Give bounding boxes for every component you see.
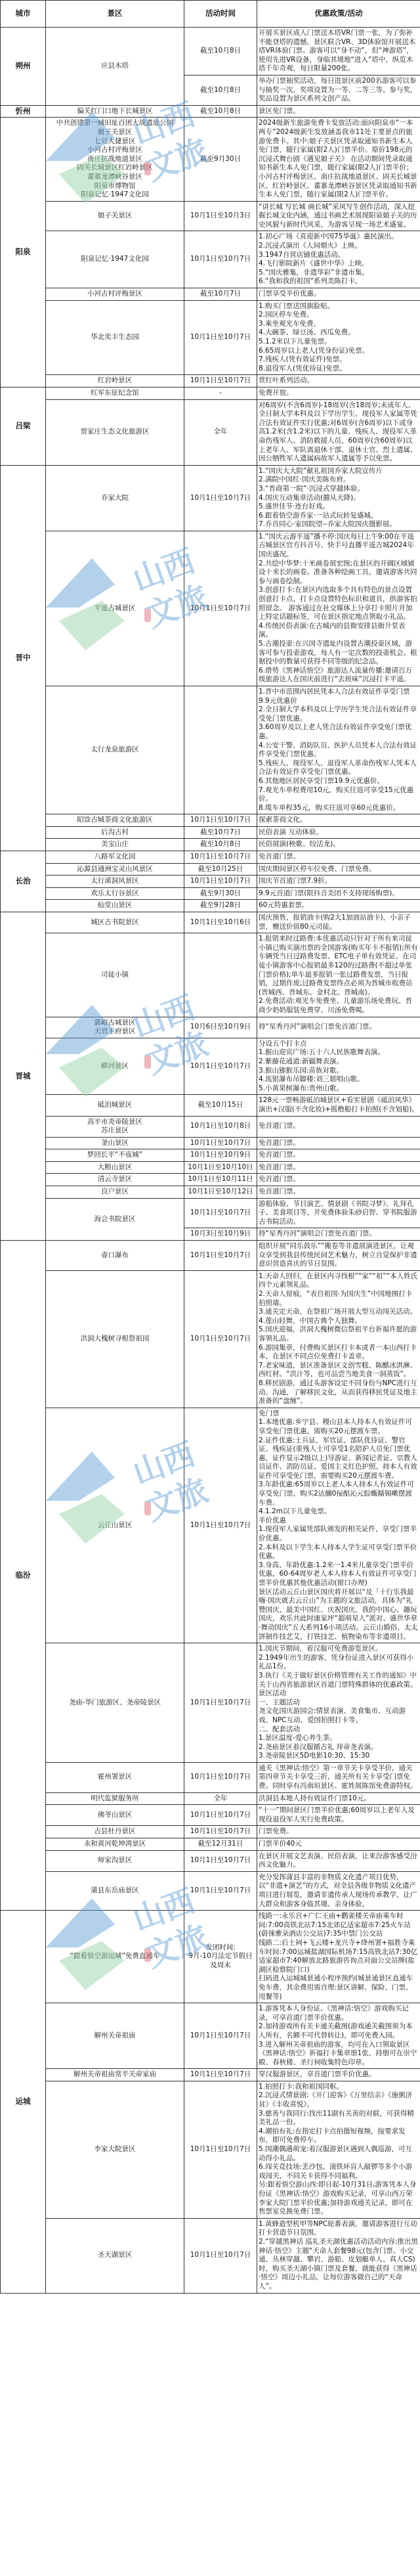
- policy-cell-line: 扫码进入运城城景通小程序预约(城景通景区直通车免车费，其余费用需自理:景区讲解、…: [259, 1974, 419, 2001]
- policy-cell-line: 通关《黑神话:悟空》第一章节关卡享受半价，通关第四章节关卡享受三折，通关所有关卡…: [259, 1764, 419, 1791]
- time-cell-line: 截至9月30日: [186, 155, 255, 164]
- time-cell: 10月1日至10月7日: [184, 1826, 257, 1838]
- policy-cell-line: 免首道门票。: [259, 1188, 419, 1197]
- table-header-row: 城市 景区 活动时间 优惠政策/活动: [1, 1, 420, 28]
- policy-cell: 免首道门票。: [257, 1186, 420, 1199]
- time-cell: 截至10月7日: [184, 826, 257, 839]
- spot-cell: 中共创建第一城旧址百团大战遗址公园娘子关景区七亘大捷景区小河古村评梅景区南庄抗战…: [46, 118, 184, 201]
- policy-cell-line: 3.乘坐观光车免费。: [259, 320, 419, 329]
- time-cell: 10月1日至10月7日: [184, 465, 257, 531]
- table-row: 美宝山庄截至10月8日民俗展演(秧歌、绞活龙)。: [1, 839, 420, 851]
- policy-cell: 持“星秀丹河”演唱会门票免首道门票。: [257, 1017, 420, 1038]
- policy-cell-line: 1.猴山迎宾广场:五十六人民族歌舞表演。: [259, 1048, 419, 1057]
- spot-cell-line: 圣天湖景区: [47, 2251, 182, 2260]
- time-cell: 10月1日至10月7日: [184, 814, 257, 827]
- spot-cell-line: 佛爷山景区: [47, 1811, 182, 1820]
- policy-cell: 1.游客凭本人身份证、《黑神话:悟空》游戏购买记录，可享首道门票半价优惠。2.加…: [257, 2003, 420, 2069]
- time-cell: 10月3日至10月9日: [184, 1228, 257, 1241]
- policy-cell-line: 2.沉浸式情景剧:《开门迎客》《万里结亲》《施粥济贫》《丰收喜悦》。: [259, 2091, 419, 2109]
- spot-cell-line: 蟒河景区: [47, 1062, 182, 1071]
- policy-cell-line: 国庆节首道门票7.9折。: [259, 877, 419, 886]
- policy-cell-line: 6.其他地区居民享受门票19.9元优惠价。: [259, 777, 419, 786]
- time-cell: 10月1日至10月7日: [184, 2069, 257, 2081]
- policy-cell-line: 4.潮拍有礼:在指定打卡点拍摄短视频，按要求发布，即可免费停车。: [259, 2127, 419, 2145]
- time-cell-line: 10月1日至10月7日: [186, 1856, 255, 1865]
- header-city: 城市: [1, 1, 46, 28]
- spot-cell-line: 城区古书院景区: [47, 918, 182, 927]
- spot-cell-line: 美宝山庄: [47, 840, 182, 849]
- time-cell-line: 10月1日至10月9日: [186, 1151, 255, 1160]
- policy-cell-line: 探索茶商文化。: [259, 816, 419, 825]
- spot-cell-line: 明代监狱服务所: [47, 1794, 182, 1804]
- spot-cell-line: 红岩岭景区: [47, 376, 182, 386]
- spot-cell-line: 红军东征纪念馆: [47, 389, 182, 398]
- spot-cell: 司徒小镇: [46, 933, 184, 1017]
- spot-cell-line: 海会书院景区: [47, 1215, 182, 1224]
- time-cell-line: 截至10月15日: [186, 1101, 255, 1110]
- policy-cell: 国庆预售，报销油卡(购2大1加油站油卡)，小亲子票，赠送价值80元司徒。: [257, 912, 420, 933]
- time-cell-line: -: [186, 389, 255, 398]
- policy-cell: 洪洞县本地人持有效证件门票10元。: [257, 1792, 420, 1805]
- time-cell: 10月1日至10月7日: [184, 851, 257, 864]
- policy-cell-line: 1.初心广场《喜迎新中国75华诞》惠民演出。: [259, 233, 419, 242]
- time-cell: 截至9月28日: [184, 900, 257, 912]
- policy-cell-line: 3.年龄优惠:65周岁以上老人本人持本人有效证件可享受免门票，购买2达儞0佞酤沁…: [259, 1480, 419, 1507]
- spot-cell: 霍州署景区: [46, 1762, 184, 1792]
- policy-cell-line: 线路一:永乐宫+广仁王庙+鹳雀楼关帝庙乘车时间:7:00高铁北站7:15北郊亿适…: [259, 1912, 419, 1939]
- policy-cell-line: 免首道门票。: [259, 1163, 419, 1172]
- policy-cell: 持“星秀丹河”演唱会门票免首道门票。: [257, 1228, 420, 1241]
- city-cell: 长治: [1, 851, 46, 912]
- spot-cell-line: 天官王府景区: [47, 1027, 182, 1036]
- time-cell: [184, 686, 257, 814]
- time-cell-line: 10月1日至10月7日: [186, 1699, 255, 1708]
- time-cell-line: 截至10月8日: [186, 107, 255, 116]
- spot-cell: 壶口瀑布: [46, 1241, 184, 1271]
- policy-cell-line: 免首道门票。: [259, 1175, 419, 1184]
- spot-cell: 师家沟景区: [46, 1850, 184, 1871]
- policy-cell-line: 1.游客凭本人身份证、《黑神话:悟空》游戏购买记录，可享首道门票半价优惠。: [259, 2005, 419, 2022]
- policy-cell-line: 国庆期间景区停车位免费、门票免费。: [259, 865, 419, 874]
- spot-cell-line: 仙堂山景区: [47, 901, 182, 910]
- policy-cell-line: 尧文化国庆游园会:情景表演、美食集市、互动游戏、NPC互动、爱国拍照打卡等。: [259, 1707, 419, 1725]
- spot-cell: 佛爷山景区: [46, 1805, 184, 1826]
- policy-cell-line: 6.65周岁以上老人(凭身份证)免票。: [259, 347, 419, 356]
- spot-cell: 乔家大院: [46, 465, 184, 531]
- spot-cell: 解州关帝祖庙: [46, 2003, 184, 2069]
- table-row: 高平市炎帝陵景区苏庄景区10月1日至10月8日免首道门票。: [1, 1116, 420, 1137]
- spot-cell-line: 娘子关景区: [47, 211, 182, 221]
- time-cell-line: 10月1日至10月7日: [186, 1811, 255, 1820]
- time-cell: 10月1日至10月12日: [184, 1186, 257, 1199]
- table-row: 古县牡丹景区10月1日至10月7日门票免费。: [1, 1826, 420, 1838]
- policy-cell-line: 1.购买门票送国旗脸贴。: [259, 302, 419, 311]
- policy-cell-line: 4.飞行影院新片《盛世中华》上映。: [259, 259, 419, 269]
- policy-cell-line: 3.慈善与我同行:找出11副有关善的对联，可获得精美礼品一份。: [259, 2110, 419, 2127]
- spot-cell: 蟒河景区: [46, 1038, 184, 1095]
- city-cell: 运城: [1, 1911, 46, 2293]
- time-cell: 截至12月31日: [184, 1838, 257, 1851]
- spot-cell: 应县木塔: [46, 28, 184, 106]
- spot-cell-line: “跟着悟空游运城”免费直通车: [47, 1952, 182, 1961]
- table-row: 仙堂山景区截至9月28日60元特惠套票。: [1, 900, 420, 912]
- spot-cell-line: 小河古村评梅景区: [47, 146, 182, 155]
- policy-cell-line: 3.通关定天命，在祭祖广场开展大型互动闯关活动。: [259, 1308, 419, 1317]
- table-row: 圣天湖景区10月1日至10月7日1.黄蜂造型机甲等NPC轮番表演，邀请游客进行互…: [1, 2218, 420, 2293]
- time-cell-line: 10月1日至10月7日: [186, 1521, 255, 1530]
- time-cell: 10月1日至10月7日: [184, 1762, 257, 1792]
- policy-cell-line: 免首道门票。: [259, 1122, 419, 1131]
- spot-cell: 砥洎城景区: [46, 1095, 184, 1116]
- time-cell: 截至10月8日: [184, 105, 257, 118]
- time-cell: 10月1日至10月7日: [184, 876, 257, 888]
- time-cell: 10月1日至10月9日: [184, 1149, 257, 1162]
- policy-cell: “讲长城 写长城 画长城”采风写生创作活动，深入挖掘长城文化内涵，通过书画艺术展…: [257, 201, 420, 231]
- spot-cell: 后沟古村: [46, 826, 184, 839]
- table-row: 临汾壶口瀑布10月1日至10月7日组织开展“同乐鼓乐”“搬卷等非遗展演进景区，让…: [1, 1241, 420, 1271]
- table-row: 太行龙泉旅游区1.晋中市范围内居民凭本人合法有效证件享受门票9.9元优惠价2.全…: [1, 686, 420, 814]
- table-row: 师家沟景区10月1日至10月7日在景区开展文艺表演、民俗表演，让来汾游客感受汾西…: [1, 1850, 420, 1871]
- table-row: 运城“跟着悟空游运城”免费直通车发团时间:9月-10月法定节假日及周末线路一:永…: [1, 1911, 420, 2003]
- spot-cell-line: 偏关红门口地下长城景区: [47, 107, 182, 116]
- spot-cell-line: 霍州署景区: [47, 1773, 182, 1782]
- time-cell: 截至10月8日: [184, 75, 257, 105]
- policy-cell-line: 5.国庆迎福，洪洞大槐树微信祭祖平台祈福许愿的游客领礼品。: [259, 1325, 419, 1343]
- spot-cell: 小河古村评梅景区: [46, 288, 184, 301]
- policy-cell-line: 对6周岁(不含6周岁)-18周岁(含18周岁;未成年人、全日制大学本科及以下学历…: [259, 401, 419, 464]
- spot-cell-line: 娘子关景区: [47, 128, 182, 137]
- policy-cell-line: 7.老家味道，景区准备景区文创雪糕、陈醋冰淇淋、西红材。“洪汁等，也可品尝当地美…: [259, 1362, 419, 1379]
- time-cell: 10月1日至10月7日: [184, 1408, 257, 1643]
- policy-cell-line: 2.沉浸式演出《人间烟火》上映。: [259, 242, 419, 251]
- time-cell-line: 10月1日至10月7日: [186, 255, 255, 264]
- time-cell-line: 截至10月8日: [186, 47, 255, 56]
- policy-cell-line: 穿汉服游景区，享首道门票半价优惠。: [259, 2070, 419, 2079]
- table-row: 霍州署景区10月1日至10月7日通关《黑神话:悟空》第一章节关卡享受半价，通关第…: [1, 1762, 420, 1792]
- spot-cell: 高平市炎帝陵景区苏庄景区: [46, 1116, 184, 1137]
- policy-cell: 1.晋中市范围内居民凭本人合法有效证件享受门票9.9元优惠价2.全日制大学本科及…: [257, 686, 420, 814]
- spot-cell-line: 解州关帝祖庙: [47, 2032, 182, 2041]
- time-cell: 10月1日至10月7日: [184, 1871, 257, 1910]
- spot-cell: 偏关红门口地下长城景区: [46, 105, 184, 118]
- time-cell: 10月1日至10月10日: [184, 1161, 257, 1174]
- spot-cell-line: 师家沟景区: [47, 1856, 182, 1865]
- spot-cell-line: 八路军文化园: [47, 853, 182, 862]
- time-cell-line: 10月1日至10月7日: [186, 1827, 255, 1836]
- policy-cell: 对6周岁(不含6周岁)-18周岁(含18周岁;未成年人、全日制大学本科及以下学历…: [257, 399, 420, 465]
- time-cell-line: 截至10月25日: [186, 865, 255, 874]
- time-cell: 10月1日至10月6日: [184, 912, 257, 933]
- policy-cell-line: 6.游园集章，付费购买景区打卡本或者一本山西打卡本，在景区不同点位免费打卡盖章。: [259, 1344, 419, 1362]
- table-row: 郭峪古城景区天官王府景区10月6日至10月9日持“星秀丹河”演唱会门票免首道门票…: [1, 1017, 420, 1038]
- policy-cell-line: 8.缆车单程35元，购买往返可享60元优惠价。: [259, 804, 419, 813]
- city-cell: 晋城: [1, 912, 46, 1241]
- time-cell-line: 10月1日至10月7日: [186, 1209, 255, 1218]
- spot-cell-line: 沁源县通洲宝灵山风景区: [47, 865, 182, 874]
- policy-cell-line: 2.免费活动:观光车免费坐、儿童游乐场免费玩、晋商少奶奶服装免费穿、川汤免费喝。: [259, 997, 419, 1015]
- spot-cell: 郭峪古城景区天官王府景区: [46, 1017, 184, 1038]
- spot-cell-line: 中共创建第一城旧址百团大战遗址公园: [47, 119, 182, 128]
- time-cell: 10月1日至10月7日: [184, 1805, 257, 1826]
- time-cell-line: 10月6日至10月9日: [186, 1023, 255, 1032]
- time-cell: 截至10月7日: [184, 288, 257, 301]
- policy-cell-line: 1.晋中市范围内居民凭本人合法有效证件享受门票9.9元优惠价: [259, 688, 419, 705]
- policy-cell-line: 3.“晋商第一院”·沉浸式穿越体验。: [259, 485, 419, 494]
- policy-cell-line: 3.执行《关于做好景区价格管理有关工作的通知》中关于山西省旅游景区首道门票特殊群…: [259, 1672, 419, 1689]
- time-cell-line: 10月1日至10月7日: [186, 1773, 255, 1782]
- table-row: 阳泉记忆·1947文化园10月1日至10月7日1.初心广场《喜迎新中国75华诞》…: [1, 231, 420, 288]
- time-cell: 10月1日至10月11日: [184, 1174, 257, 1186]
- time-cell: 10月1日至10月7日: [184, 1038, 257, 1095]
- spot-cell-line: 阳泉记忆·1947文化园: [47, 255, 182, 264]
- policy-cell: 免首道门票。: [257, 1174, 420, 1186]
- policy-cell-line: 1.国庆节期间，着汉服可免费游览景区。: [259, 1645, 419, 1654]
- table-row: 砥洎城景区截至10月15日128元一票畅游砥洎城景区+看实景剧《砥洎风华》演出+…: [1, 1095, 420, 1116]
- spot-cell-line: 董寨龙潭峡谷景区: [47, 173, 182, 182]
- policy-cell-line: 4.大碗茶、绿豆汤、西瓜免费。: [259, 328, 419, 338]
- policy-cell: 1.购买门票送国旗脸贴。2.园区停车免费。3.乘坐观光车免费。4.大碗茶、绿豆汤…: [257, 300, 420, 375]
- time-cell-line: 10月1日至10月7日: [186, 1062, 255, 1071]
- table-row: 李家大院景区10月1日至10月7日1.拍照打卡:我和祖国同框。2.沉浸式情景剧:…: [1, 2081, 420, 2218]
- policy-cell-line: 3.60周岁及以上老人凭合法有效证件享受免门票优惠。: [259, 723, 419, 741]
- spot-cell: 海会书院景区: [46, 1198, 184, 1240]
- spot-cell-line: 大粮山景区: [47, 1163, 182, 1172]
- policy-cell: 免费开放。: [257, 387, 420, 399]
- policy-cell: 免首道门票。: [257, 1149, 420, 1162]
- city-cell: 阳泉: [1, 118, 46, 388]
- table-row: 尧庙-华门旅游区、尧帝陵景区10月1日至10月7日1.国庆节期间，着汉服可免费游…: [1, 1643, 420, 1763]
- policy-cell: 1.国庆节期间，着汉服可免费游览景区。2.1949年出生的游客，凭身份证进入景区…: [257, 1643, 420, 1763]
- time-cell: 10月1日至10月7日: [184, 1643, 257, 1763]
- policy-cell-line: 洪洞县本地人持有效证件门票10元。: [259, 1794, 419, 1804]
- policy-cell-line: 6.借势《黑神话悟空》旅游达人流量传播:邀请百万级旅游达人在国庆前进行“去班味”…: [259, 667, 419, 684]
- policy-cell-line: 景区活动: [259, 1689, 419, 1699]
- time-cell-line: 9月-10月法定节假日: [186, 1952, 255, 1961]
- policy-cell-line: 4.流银瀑布吊脚楼:刘三姐唱山歌。: [259, 1075, 419, 1084]
- time-cell: 10月1日至10月7日: [184, 2218, 257, 2293]
- policy-cell-line: 3.创意打卡:在景区内选取多个具有特色的景点设置创意打卡点，打卡点设置特色标识和…: [259, 586, 419, 621]
- policy-cell-line: 5.1.2米以下儿童免票。: [259, 338, 419, 347]
- policy-cell-line: 4.国庆互动集章活动(囍从天降)。: [259, 494, 419, 503]
- time-cell-line: 10月1日至10月7日: [186, 1251, 255, 1260]
- policy-cell: 免门票1.本地优惠:乡宁县、稷山县本人持本人有效证件可享受免门票优惠，需购买20…: [257, 1408, 420, 1643]
- policy-cell: 2024级新生旅游免费卡发放活动:面向阳泉市“一本两专”2024级新生发放涵盖我…: [257, 118, 420, 201]
- time-cell-line: 及周末: [186, 1961, 255, 1970]
- table-row: 吕梁红军东征纪念馆-免费开放。: [1, 387, 420, 399]
- spot-cell-line: 尧庙-华门旅游区、尧帝陵景区: [47, 1699, 182, 1708]
- table-row: 朔州应县木塔截至10月8日开展买景区成人门票送木塔VR门票一张，为了弥补不能登塔…: [1, 28, 420, 76]
- spot-cell-line: 永和黄河乾坤湾景区: [47, 1840, 182, 1849]
- table-row: 司徒小镇1.报销来时过路费:本优惠活动只针对于所有来司徒小镇已购买演出票的全国游…: [1, 933, 420, 1017]
- spot-cell: “跟着悟空游运城”免费直通车: [46, 1911, 184, 2003]
- time-cell-line: 10月1日至10月7日: [186, 333, 255, 342]
- spot-cell-line: 苏庄景区: [47, 1126, 182, 1136]
- spot-cell: 昭馀古城茶商文化旅游区: [46, 814, 184, 827]
- policy-cell: 1.天命人回归，在景区内寻找根”“家”“祖”“本人姓氏四个元素领礼品。2.天命人…: [257, 1270, 420, 1408]
- spot-cell: 红军东征纪念馆: [46, 387, 184, 399]
- table-row: 清云寺景区10月1日至10月11日免首道门票。: [1, 1174, 420, 1186]
- policy-cell-line: 3.尧帝陵景区5D电影10:30、15:30: [259, 1752, 419, 1761]
- table-row: 娘子关景区10月1日至10月3日“讲长城 写长城 画长城”采风写生创作活动，深入…: [1, 201, 420, 231]
- policy-cell-line: 1.“国庆云游平遥”播不停:国庆每日上午9:00在平遥古城景区官方抖音号、快手号…: [259, 533, 419, 560]
- policy-cell-line: 3.1947自营店铺优惠活动。: [259, 251, 419, 260]
- policy-cell: 免首道门票。: [257, 1161, 420, 1174]
- spot-cell: 清云寺景区: [46, 1174, 184, 1186]
- spot-cell: 良户景区: [46, 1186, 184, 1199]
- spot-cell-line: 郭峪古城景区: [47, 1019, 182, 1028]
- time-cell-line: 10月1日至10月6日: [186, 918, 255, 927]
- table-body: 朔州应县木塔截至10月8日开展买景区成人门票送木塔VR门票一张，为了弥补不能登塔…: [1, 28, 420, 2294]
- spot-cell-line: 固关长城景区红岩岭景区: [47, 164, 182, 173]
- policy-cell: 门票半价40元: [257, 1838, 420, 1851]
- policy-cell-line: 6.“我和我的祖国”系列美陈打卡。: [259, 277, 419, 286]
- policy-cell-line: 1.报销来时过路费:本优惠活动只针对于所有来司徒小镇已购买演出票的全国游客(购买…: [259, 935, 419, 997]
- time-cell-line: 发团时间:: [186, 1943, 255, 1953]
- spot-cell: 圣天湖景区: [46, 2218, 184, 2293]
- spot-cell: 娘子关景区: [46, 201, 184, 231]
- time-cell-line: 截至12月31日: [186, 1840, 255, 1849]
- table-row: 华北奕丰生态园10月1日至10月7日1.购买门票送国旗脸贴。2.园区停车免费。3…: [1, 300, 420, 375]
- spot-cell: 太行浠洞风景区: [46, 876, 184, 888]
- policy-cell-line: 1.景区温度-爱心养生茶。: [259, 1734, 419, 1743]
- time-cell: 截至10月8日: [184, 28, 257, 76]
- policy-cell-line: 1.本地优惠:乡宁县、稷山县本人持本人有效证件可享受免门票优惠，需购买20元摆渡…: [259, 1418, 419, 1436]
- policy-cell-line: 民俗展演(秧歌、绞活龙)。: [259, 840, 419, 849]
- time-cell-line: 10月1日至10月7日: [186, 494, 255, 503]
- spot-cell: 欢乐太行谷景区: [46, 887, 184, 900]
- spot-cell: 平遥古城景区: [46, 531, 184, 686]
- time-cell: 截至9月30日: [184, 118, 257, 201]
- policy-cell: 穿汉服游景区，享首道门票半价优惠。: [257, 2069, 420, 2081]
- spot-cell-line: 后沟古村: [47, 828, 182, 837]
- policy-cell: 1.拍照打卡:我和祖国同框。2.沉浸式情景剧:《开门迎客》《万里结亲》《施粥济贫…: [257, 2081, 420, 2218]
- table-row: 欢乐太行谷景区截至9月30日9.9元首道门票(限抖音美团不支持现场购票)。: [1, 887, 420, 900]
- time-cell-line: 10月1日至10月11日: [186, 1175, 255, 1184]
- spot-cell-line: 蒲县东岳庙景区: [47, 1886, 182, 1896]
- policy-cell-line: 充分发挥蒲县丰富的非物质文化遗产项目优势，以“非遗+演艺”的方式，对全县各级非物…: [259, 1873, 419, 1909]
- policy-cell: 民俗展演(秧歌、绞活龙)。: [257, 839, 420, 851]
- spot-cell: 美宝山庄: [46, 839, 184, 851]
- table-row: 云丘山景区10月1日至10月7日免门票1.本地优惠:乡宁县、稷山县本人持本人有效…: [1, 1408, 420, 1643]
- spot-cell: 尧庙-华门旅游区、尧帝陵景区: [46, 1643, 184, 1763]
- spot-cell-line: 砥洎城景区: [47, 1101, 182, 1110]
- table-row: 蒲县东岳庙景区10月1日至10月7日充分发挥蒲县丰富的非物质文化遗产项目优势，以…: [1, 1871, 420, 1910]
- time-cell: 10月1日至10月7日: [184, 531, 257, 686]
- table-row: 蟒河景区10月1日至10月7日分设五个打卡点1.猴山迎宾广场:五十六人民族歌舞表…: [1, 1038, 420, 1095]
- policy-cell-line: 1.拍照打卡:我和祖国同框。: [259, 2083, 419, 2092]
- spot-cell: 仙堂山景区: [46, 900, 184, 912]
- policy-cell-line: 6.闯关竞技场:丢沙包、滚铁环盲人敲锣等多个小游戏闯关，不同关卡获得不同福利。: [259, 2163, 419, 2181]
- spot-cell-line: 清云寺景区: [47, 1175, 182, 1184]
- spot-cell-line: 阳泉市博物馆: [47, 182, 182, 191]
- policy-cell: 民俗表演 互动体验。: [257, 826, 420, 839]
- policy-cell: 1.“国庆大大院”献礼祖国乔家大院宣传片2.满院中国红·国庆美陈布府。3.“晋商…: [257, 465, 420, 531]
- policy-cell-line: 5.小黄果树瀑布:贵州山歌。: [259, 1084, 419, 1094]
- time-cell: 10月1日至10月7日: [184, 2081, 257, 2218]
- policy-cell: 赏红叶系列活动。: [257, 375, 420, 388]
- policy-cell: 举办门票抽奖活动，每日进景区前200名游客可以参与抽奖一次，奖项设置为一等、二等…: [257, 75, 420, 105]
- time-cell: 10月1日至10月7日: [184, 1270, 257, 1408]
- time-cell: 10月1日至10月7日: [184, 375, 257, 388]
- table-row: 小河古村评梅景区截至10月7日门票享受半价优惠。: [1, 288, 420, 301]
- time-cell: 10月1日至10月8日: [184, 1116, 257, 1137]
- spot-cell: 蒲县东岳庙景区: [46, 1871, 184, 1910]
- policy-cell: 开展买景区成人门票送木塔VR门票一张，为了弥补不能登塔的遗憾，景区联合VR、3D…: [257, 28, 420, 76]
- policy-cell-line: 分设五个打卡点: [259, 1040, 419, 1049]
- policy-cell: 免首道门票。: [257, 851, 420, 864]
- table-row: 解州关帝祖庙10月1日至10月7日1.游客凭本人身份证、《黑神话:悟空》游戏购买…: [1, 2003, 420, 2069]
- table-row: 晋中乔家大院10月1日至10月7日1.“国庆大大院”献礼祖国乔家大院宣传片2.满…: [1, 465, 420, 531]
- table-row: 阳泉中共创建第一城旧址百团大战遗址公园娘子关景区七亘大捷景区小河古村评梅景区南庄…: [1, 118, 420, 201]
- spot-cell-line: 小河古村评梅景区: [47, 290, 182, 299]
- time-cell: 10月1日至10月7日: [184, 231, 257, 288]
- policy-cell-line: 赏红叶系列活动。: [259, 376, 419, 386]
- policy-cell-line: 8.移民剧游，通过头游客设定不同身份与NPC进行互动、沟通，了解移民文化，从而获…: [259, 1379, 419, 1406]
- spot-cell: 李家大院景区: [46, 2081, 184, 2218]
- policy-cell-line: 2.证件优惠:士兵证、军官证、部队优待证、警官证、残疾证(重残人士可享受1名陪护…: [259, 1436, 419, 1481]
- table-row: 晋城城区古书院景区10月1日至10月6日国庆预售，报销油卡(购2大1加油站油卡)…: [1, 912, 420, 933]
- time-cell-line: 10月1日至10月7日: [186, 816, 255, 825]
- policy-cell-line: 5.盛世佳节·连台好戏。: [259, 502, 419, 512]
- policy-cell-line: 4.莲山轻舞，中国古典个人独舞。: [259, 1317, 419, 1326]
- header-policy: 优惠政策/活动: [257, 1, 420, 28]
- table-row: 后沟古村截至10月7日民俗表演 互动体验。: [1, 826, 420, 839]
- time-cell: 全年: [184, 1792, 257, 1805]
- policy-cell: 1.报销来时过路费:本优惠活动只针对于所有来司徒小镇已购买演出票的全国游客(购买…: [257, 933, 420, 1017]
- policy-cell-line: “十一”期间景区门票半价优惠;60周岁以上老年人及现役退役军人实行免费政策。: [259, 1806, 419, 1824]
- spot-cell-line: 欢乐太行谷景区: [47, 889, 182, 899]
- table-row: 大粮山景区10月1日至10月10日免首道门票。: [1, 1161, 420, 1174]
- time-cell: 截至10月8日: [184, 839, 257, 851]
- policy-cell-line: 组织开展“同乐鼓乐”“搬卷等非遗展演进景区，让观众享受到我县传统民间艺术魅力，树…: [259, 1242, 419, 1269]
- table-row: 忻州偏关红门口地下长城景区截至10月8日景区免门票。: [1, 105, 420, 118]
- tourism-policy-table: 城市 景区 活动时间 优惠政策/活动 朔州应县木塔截至10月8日开展买景区成人门…: [0, 0, 420, 2294]
- spot-cell-line: 阳泉记忆·1947文化园: [47, 190, 182, 200]
- spot-cell-line: 云丘山景区: [47, 1521, 182, 1530]
- table-row: 明代监狱服务所全年洪洞县本地人持有效证件门票10元。: [1, 1792, 420, 1805]
- table-row: 解州关帝祖庙常平关帝家庙10月1日至10月7日穿汉服游景区，享首道门票半价优惠。: [1, 2069, 420, 2081]
- time-cell-line: 全年: [186, 428, 255, 437]
- time-cell: 截至10月25日: [184, 863, 257, 876]
- table-row: 长治八路军文化园10月1日至10月7日免首道门票。: [1, 851, 420, 864]
- policy-cell-line: 3.猴山猕猴乐园:苗族对歌。: [259, 1067, 419, 1076]
- spot-cell: 永和黄河乾坤湾景区: [46, 1838, 184, 1851]
- policy-cell-line: 一、主题活动: [259, 1699, 419, 1708]
- policy-cell: 免首道门票。: [257, 1116, 420, 1137]
- policy-cell-line: 4.公安干警、消防队员、医护人员凭本人合法有效证件享受免门票优惠。: [259, 742, 419, 759]
- policy-cell-line: 国庆预售，报销油卡(购2大1加油站油卡)，小亲子票，赠送价值80元司徒。: [259, 914, 419, 931]
- policy-cell-line: 门票享受半价优惠。: [259, 290, 419, 299]
- spot-cell-line: 平遥古城景区: [47, 604, 182, 613]
- spot-cell-line: 司徒小镇: [47, 971, 182, 980]
- table-row: 红岩岭景区10月1日至10月7日赏红叶系列活动。: [1, 375, 420, 388]
- spot-cell: 阳泉记忆·1947文化园: [46, 231, 184, 288]
- policy-cell: 免首道门票。: [257, 1137, 420, 1149]
- policy-cell-line: 2.加持游戏所有关卡通关截图(游戏通关截图须为本人所有，名额不可代替转让)，即可…: [259, 2022, 419, 2040]
- time-cell-line: 10月1日至10月12日: [186, 1188, 255, 1197]
- policy-cell: 1.“国庆云游平遥”播不停:国庆每日上午9:00在平遥古城景区官方抖音号、快手号…: [257, 531, 420, 686]
- time-cell: 截至9月30日: [184, 887, 257, 900]
- time-cell-line: 10月1日至10月7日: [186, 376, 255, 386]
- table-row: 永和黄河乾坤湾景区截至12月31日门票半价40元: [1, 1838, 420, 1851]
- spot-cell: 太行龙泉旅游区: [46, 686, 184, 814]
- city-cell: 晋中: [1, 465, 46, 851]
- spot-cell-line: 解州关帝祖庙常平关帝家庙: [47, 2070, 182, 2079]
- policy-cell-line: 1.天命人回归，在景区内寻找根”“家”“祖”“本人姓氏四个元素领礼品。: [259, 1272, 419, 1290]
- spot-cell-line: 贾家庄生态文化旅游区: [47, 428, 182, 437]
- policy-cell-line: 持“星秀丹河”演唱会门票免首道门票。: [259, 1023, 419, 1032]
- time-cell-line: 10月1日至10月10日: [186, 1163, 255, 1172]
